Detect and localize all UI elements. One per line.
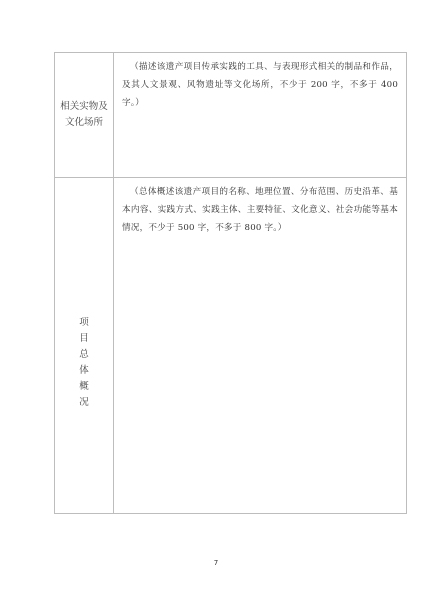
label-cell-project-overview: 项目总体概况 bbox=[55, 178, 114, 514]
content-cell-project-overview[interactable]: （总体概述该遗产项目的名称、地理位置、分布范围、历史沿革、基本内容、实践方式、实… bbox=[114, 178, 407, 514]
heritage-form-table: 相关实物及文化场所 （描述该遗产项目传承实践的工具、与表现形式相关的制品和作品，… bbox=[54, 52, 407, 514]
content-cell-related-objects[interactable]: （描述该遗产项目传承实践的工具、与表现形式相关的制品和作品，及其人文景观、风物遗… bbox=[114, 53, 407, 178]
table-row-project-overview: 项目总体概况 （总体概述该遗产项目的名称、地理位置、分布范围、历史沿革、基本内容… bbox=[55, 178, 407, 514]
label-cell-related-objects: 相关实物及文化场所 bbox=[55, 53, 114, 178]
row-label-project-overview: 项目总体概况 bbox=[78, 315, 90, 411]
document-page: 相关实物及文化场所 （描述该遗产项目传承实践的工具、与表现形式相关的制品和作品，… bbox=[0, 0, 432, 600]
instruction-hint-related-objects: （描述该遗产项目传承实践的工具、与表现形式相关的制品和作品，及其人文景观、风物遗… bbox=[114, 53, 406, 112]
instruction-hint-project-overview: （总体概述该遗产项目的名称、地理位置、分布范围、历史沿革、基本内容、实践方式、实… bbox=[114, 178, 406, 237]
row-label-related-objects: 相关实物及文化场所 bbox=[58, 99, 110, 131]
page-number: 7 bbox=[0, 559, 432, 567]
table-row-related-objects: 相关实物及文化场所 （描述该遗产项目传承实践的工具、与表现形式相关的制品和作品，… bbox=[55, 53, 407, 178]
